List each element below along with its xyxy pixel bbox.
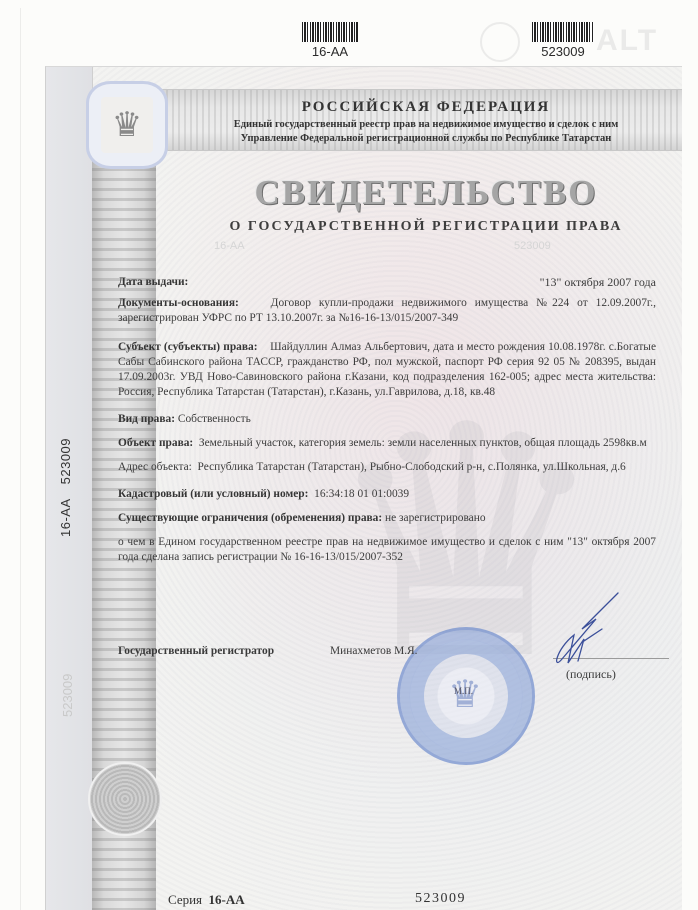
cadastral-value: 16:34:18 01 01:0039	[314, 488, 409, 500]
encumbrances-label: Существующие ограничения (обременения) п…	[118, 512, 382, 524]
header-authority: Управление Федеральной регистрационной с…	[176, 133, 676, 144]
house-icon	[480, 22, 520, 62]
certificate-title: СВИДЕТЕЛЬСТВО	[176, 173, 676, 213]
basis-documents-label: Документы-основания:	[118, 297, 239, 309]
certificate-form: ♛ 16-AA523009 523009 ♛ РОССИЙСКАЯ ФЕДЕРА…	[45, 66, 682, 910]
coat-of-arms-icon: ♛	[101, 97, 153, 153]
signature-icon	[522, 589, 632, 679]
issue-date-label: Дата выдачи:	[118, 275, 188, 290]
header-registry: Единый государственный реестр прав на не…	[176, 119, 676, 130]
footer-series: Серия 16-АА	[168, 892, 245, 908]
right-type-field: Вид права: Собственность	[118, 412, 656, 427]
watermark-logo: ALT	[480, 22, 680, 62]
footer-series-value: 16-АА	[209, 892, 245, 907]
header-country: РОССИЙСКАЯ ФЕДЕРАЦИЯ	[176, 99, 676, 116]
basis-documents-field: Документы-основания: Договор купли-прода…	[118, 296, 656, 326]
stamp-label: М.П.	[454, 686, 473, 696]
object-field: Объект права: Земельный участок, категор…	[118, 436, 656, 451]
object-label: Объект права:	[118, 437, 193, 449]
object-value: Земельный участок, категория земель: зем…	[199, 437, 647, 449]
object-address-value: Республика Татарстан (Татарстан), Рыбно-…	[198, 461, 626, 473]
registration-record: о чем в Едином государственном реестре п…	[118, 535, 656, 565]
certificate-body: Дата выдачи: "13" октября 2007 года Доку…	[118, 275, 656, 574]
side-serial-number: 523009	[58, 438, 73, 484]
right-type-label: Вид права:	[118, 413, 175, 425]
series-barcode: 16-AA	[290, 22, 370, 59]
encumbrances-value: не зарегистрировано	[385, 512, 486, 524]
watermark-text: ALT	[596, 24, 658, 57]
issue-date-row: Дата выдачи: "13" октября 2007 года	[118, 275, 656, 290]
certificate-subtitle: О ГОСУДАРСТВЕННОЙ РЕГИСТРАЦИИ ПРАВА	[176, 219, 676, 235]
side-serial-faint: 523009	[60, 674, 75, 717]
registrar-role: Государственный регистратор	[118, 645, 274, 657]
barcode-bars	[302, 22, 358, 42]
cadastral-label: Кадастровый (или условный) номер:	[118, 488, 308, 500]
certificate-page: 16-AA 523009 ALT ♛ 16-AA523009 523009 ♛ …	[0, 0, 698, 910]
object-address-field: Адрес объекта: Республика Татарстан (Тат…	[118, 460, 656, 475]
side-serial-series: 16-AA	[58, 498, 73, 537]
side-serial: 16-AA523009	[58, 438, 73, 537]
subject-label: Субъект (субъекты) права:	[118, 341, 258, 353]
object-address-label: Адрес объекта:	[118, 461, 192, 473]
subject-field: Субъект (субъекты) права: Шайдуллин Алма…	[118, 340, 656, 400]
issue-date-value: "13" октября 2007 года	[540, 275, 656, 290]
encumbrances-field: Существующие ограничения (обременения) п…	[118, 511, 656, 526]
registrar-name: Минахметов М.Я.	[330, 645, 418, 657]
cadastral-field: Кадастровый (или условный) номер: 16:34:…	[118, 487, 656, 502]
footer-number: 523009	[415, 891, 466, 907]
right-type-value: Собственность	[178, 413, 251, 425]
ghost-series: 16-АА	[214, 240, 245, 252]
coat-of-arms-badge: ♛	[86, 81, 168, 169]
ghost-number: 523009	[514, 240, 551, 252]
ribbon-medallion	[88, 762, 162, 836]
series-barcode-label: 16-AA	[290, 44, 370, 59]
footer-series-label: Серия	[168, 892, 202, 907]
